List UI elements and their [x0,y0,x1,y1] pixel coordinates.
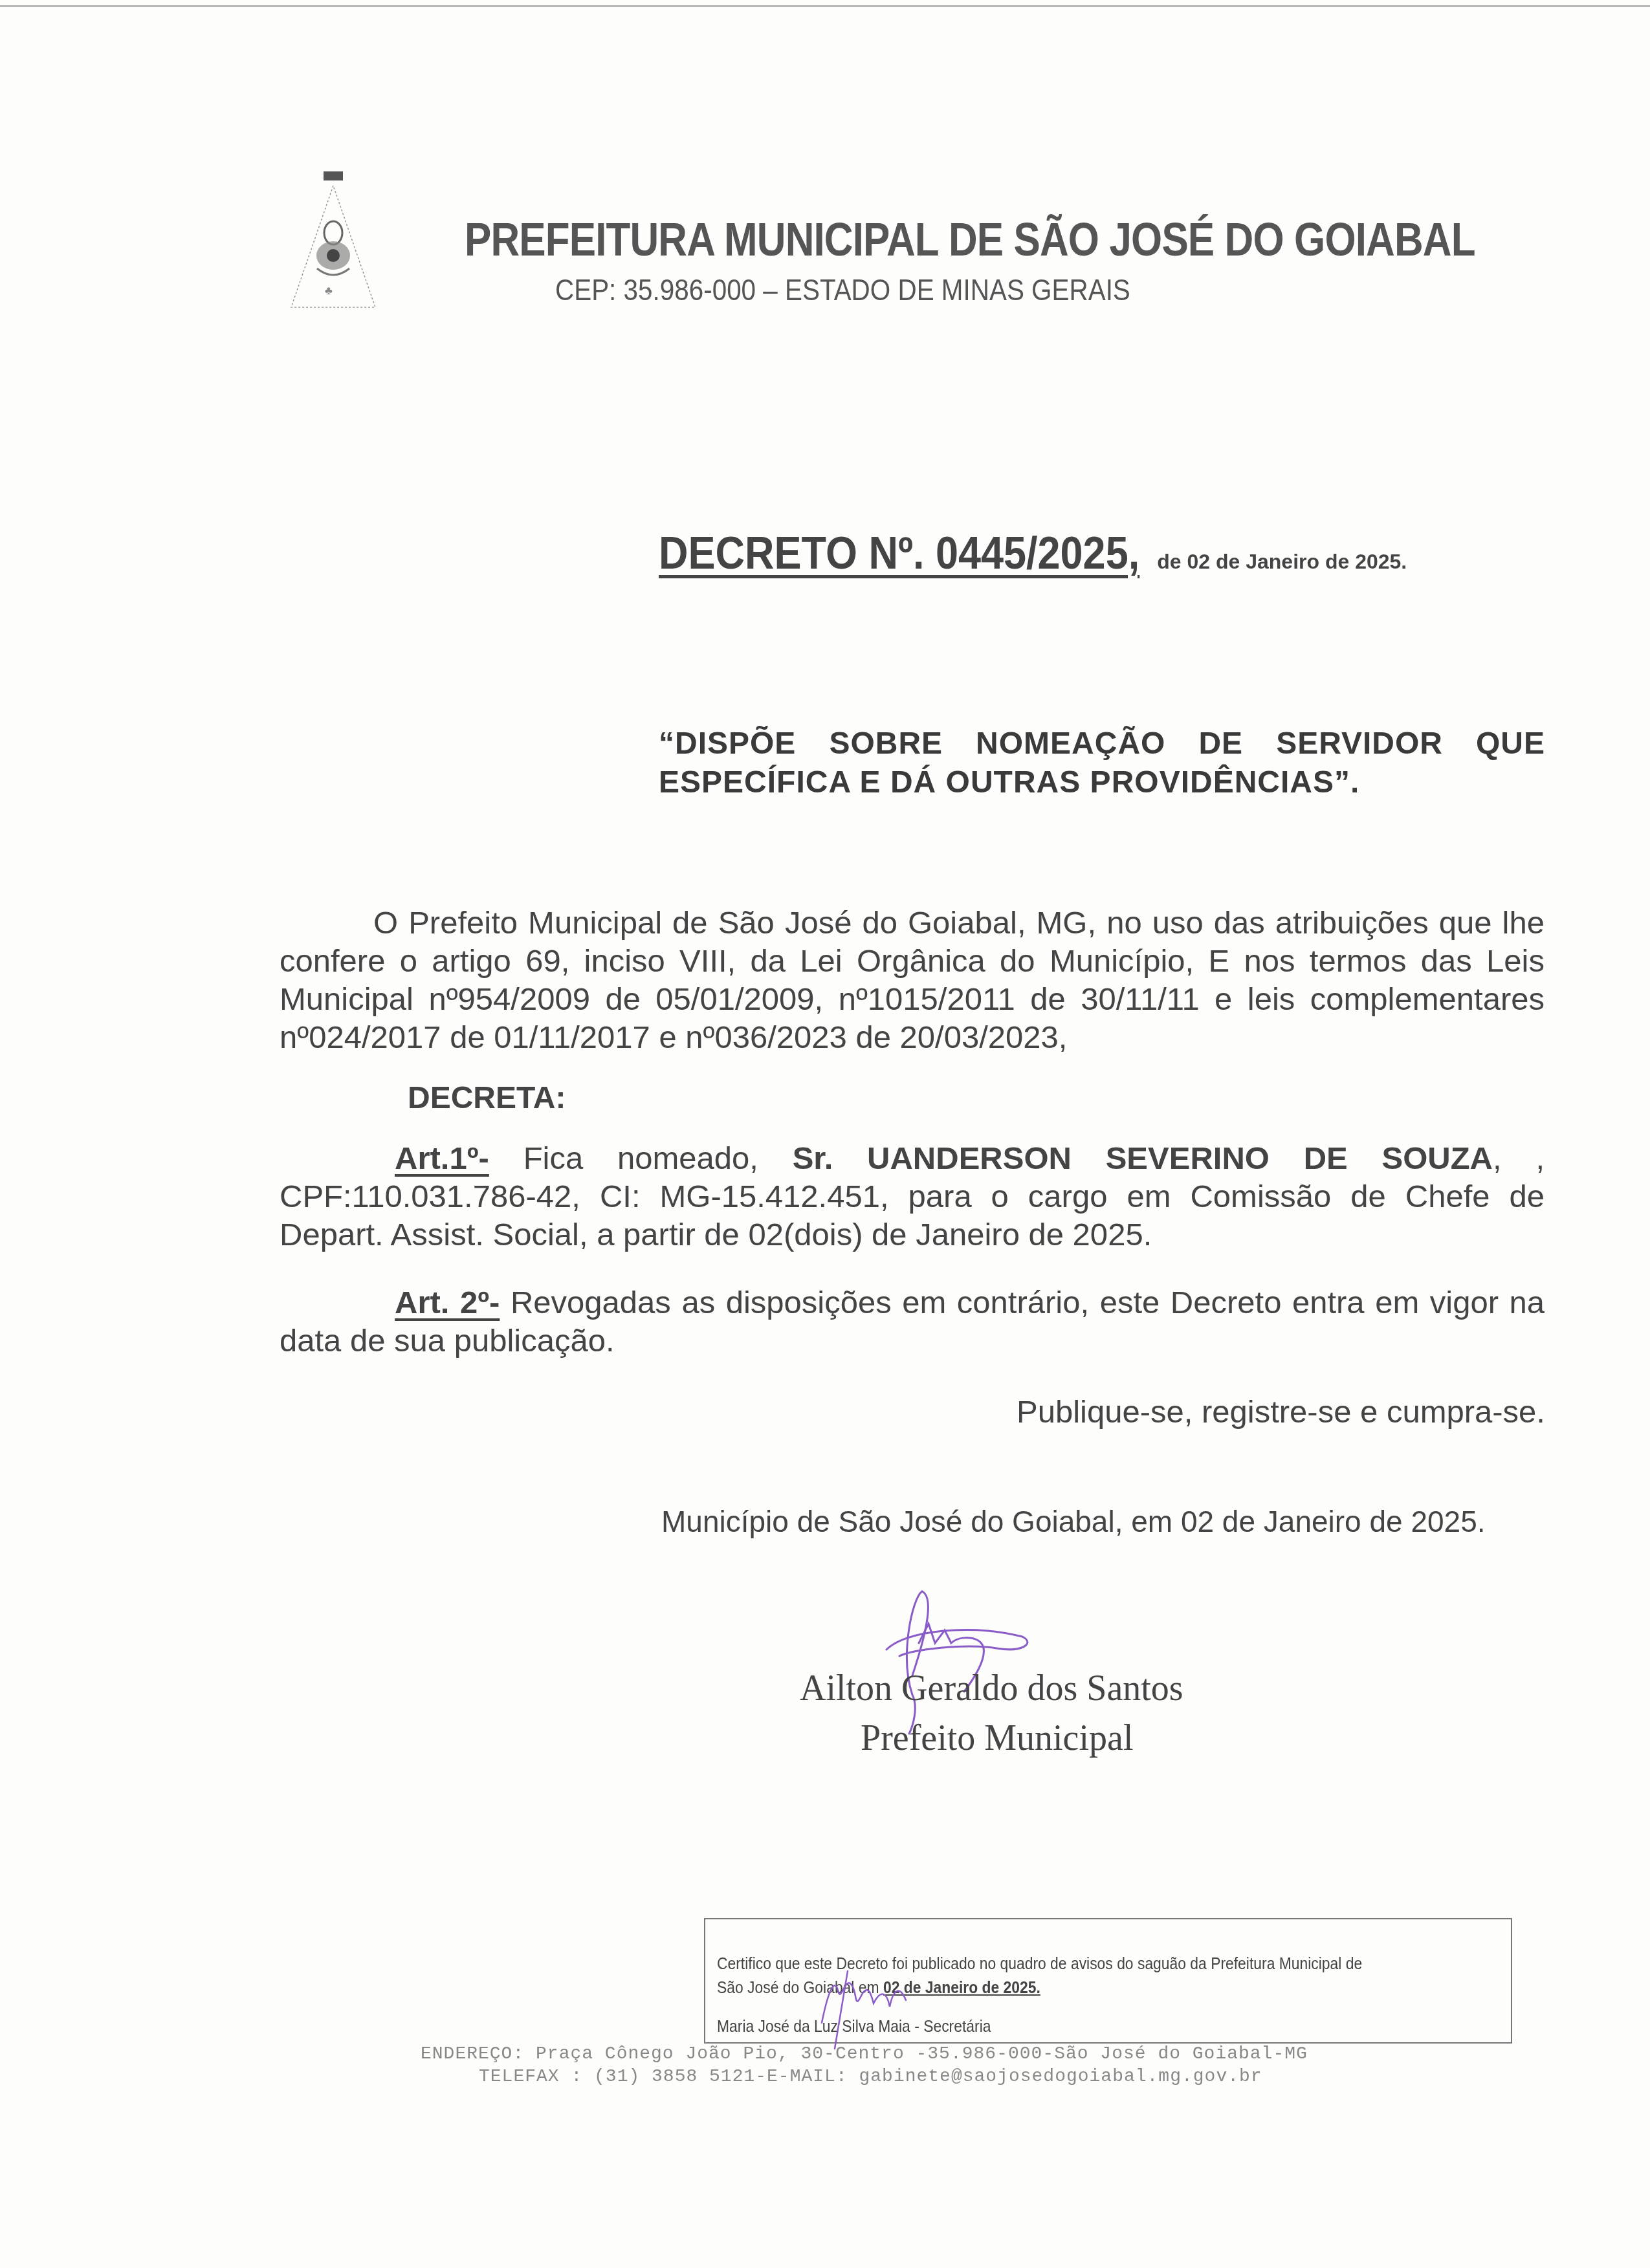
place-date: Município de São José do Goiabal, em 02 … [661,1504,1486,1539]
article-1: Art.1º- Fica nomeado, Sr. UANDERSON SEVE… [280,1140,1545,1254]
article-2: Art. 2º- Revogadas as disposições em con… [280,1284,1545,1360]
footer-address: ENDEREÇO: Praça Cônego João Pio, 30-Cent… [421,2044,1308,2064]
municipal-coat-of-arms-icon: ♣ [285,171,382,314]
signer-role: Prefeito Municipal [861,1717,1133,1759]
secretary-signature-icon [809,1952,938,2055]
institution-subtitle: CEP: 35.986-000 – ESTADO DE MINAS GERAIS [555,272,1130,307]
svg-text:♣: ♣ [325,284,333,297]
publication-certificate: Certifico que este Decreto foi publicado… [704,1918,1512,2044]
decree-heading: DECRETO Nº. 0445/2025, de 02 de Janeiro … [659,527,1407,579]
certificate-signer: Maria José da Luz Silva Maia - Secretári… [717,2016,991,2036]
decreta-label: DECRETA: [408,1080,566,1116]
signer-name: Ailton Geraldo dos Santos [800,1668,1183,1709]
article-1-text: Fica nomeado, [489,1141,793,1176]
institution-name: PREFEITURA MUNICIPAL DE SÃO JOSÉ DO GOIA… [465,213,1475,267]
publication-order: Publique-se, registre-se e cumpra-se. [1017,1394,1545,1430]
decree-date: de 02 de Janeiro de 2025. [1157,550,1407,573]
scan-edge-line [0,5,1650,7]
appointee-name: Sr. UANDERSON SEVERINO DE SOUZA [793,1141,1493,1176]
article-1-label: Art.1º- [395,1141,489,1176]
preamble-paragraph: O Prefeito Municipal de São José do Goia… [280,904,1545,1057]
decree-summary: “DISPÕE SOBRE NOMEAÇÃO DE SERVIDOR QUE E… [659,725,1545,802]
article-2-label: Art. 2º- [395,1285,500,1320]
decree-number: DECRETO Nº. 0445/2025, [659,527,1139,579]
footer-contact: TELEFAX : (31) 3858 5121-E-MAIL: gabinet… [479,2067,1262,2087]
